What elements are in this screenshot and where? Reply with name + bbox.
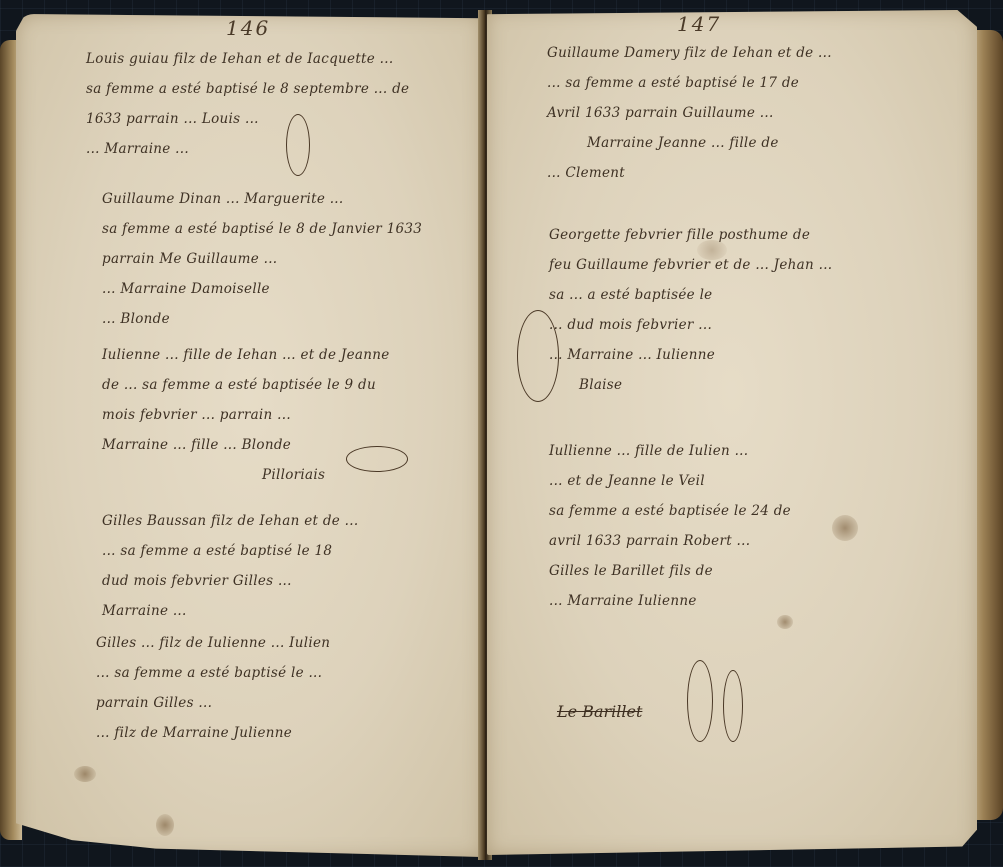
- ink-stain: [156, 814, 174, 836]
- baptism-entry: Guillaume Damery filz de Iehan et de ...…: [547, 38, 832, 188]
- open-register-book: 146 Louis guiau filz de Iehan et de Iacq…: [0, 0, 1003, 867]
- baptism-entry: Gilles Baussan filz de Iehan et de ... .…: [102, 506, 358, 626]
- baptism-entry: Georgette febvrier fille posthume de feu…: [549, 220, 832, 400]
- baptism-entry: Iulienne ... fille de Iehan ... et de Je…: [102, 340, 390, 490]
- water-stain: [697, 240, 727, 260]
- signature-flourish: [723, 670, 743, 742]
- right-page: 147 Guillaume Damery filz de Iehan et de…: [487, 10, 977, 855]
- left-page: 146 Louis guiau filz de Iehan et de Iacq…: [16, 14, 482, 857]
- folio-number-left: 146: [226, 16, 270, 40]
- signature: Le Barillet: [557, 702, 642, 721]
- folio-number-right: 147: [677, 12, 721, 36]
- baptism-entry: Louis guiau filz de Iehan et de Iacquett…: [86, 44, 409, 164]
- signature-flourish: [286, 114, 310, 176]
- baptism-entry: Guillaume Dinan ... Marguerite ... sa fe…: [102, 184, 422, 334]
- ink-stain: [74, 766, 96, 782]
- ink-stain: [777, 615, 793, 629]
- baptism-entry: Gilles ... filz de Iulienne ... Iulien .…: [96, 628, 330, 748]
- signature-flourish: [346, 446, 408, 472]
- signature-flourish: [687, 660, 713, 742]
- signature-flourish: [517, 310, 559, 402]
- baptism-entry: Iullienne ... fille de Iulien ... ... et…: [549, 436, 791, 616]
- ink-stain: [832, 515, 858, 541]
